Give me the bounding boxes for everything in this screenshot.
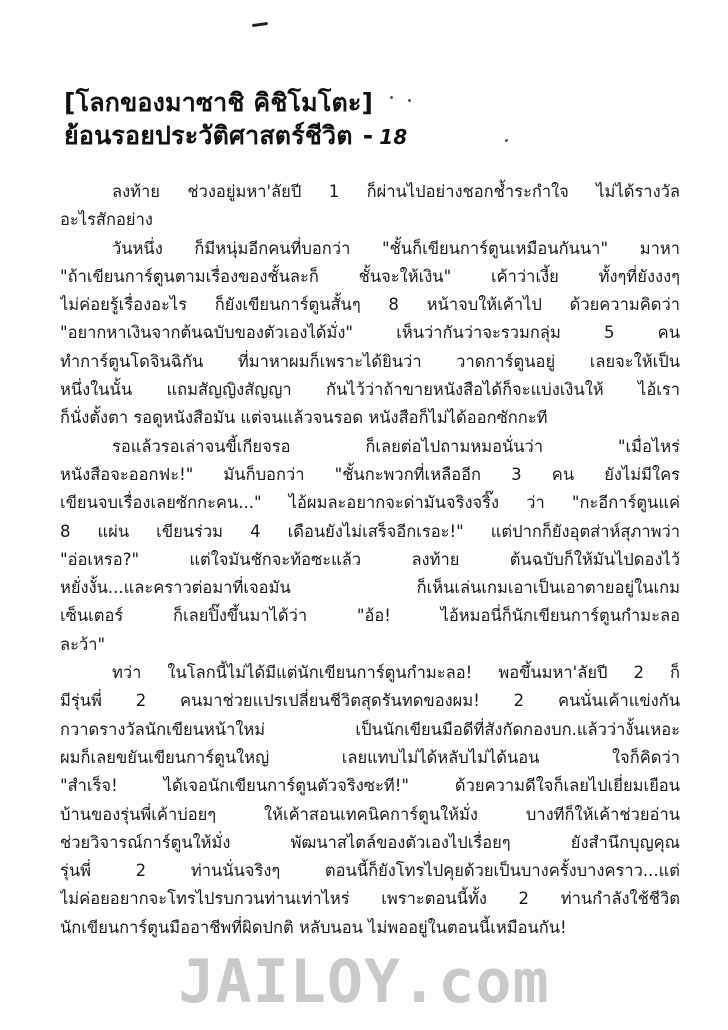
scan-speck bbox=[390, 96, 393, 99]
article-title: [โลกของมาซาชิ คิชิโมโตะ] ย้อนรอยประวัติศ… bbox=[64, 86, 664, 154]
text-line: ทว่า ในโลกนี้ไม่ได้มีแต่นักเขียนการ์ตูนก… bbox=[60, 659, 680, 687]
text-line: "อ่อเหรอ?" แต่ใจมันชักจะท้อซะแล้ว ลงท้าย… bbox=[60, 546, 680, 574]
text-line: ช่วยวิจารณ์การ์ตูนให้มั่ง พัฒนาสไตล์ของต… bbox=[60, 829, 680, 857]
text-line: "ถ้าเขียนการ์ตูนตามเรื่องของชั้นละก็ ชั้… bbox=[60, 263, 680, 291]
text-line: ทำการ์ตูนโดจินฉิกัน ที่มาหาผมก็เพราะได้ย… bbox=[60, 348, 680, 376]
title-chapter-name: ย้อนรอยประวัติศาสตร์ชีวิต bbox=[64, 121, 353, 150]
paragraph: ลงท้าย ช่วงอยู่มหา'ลัยปี 1 ก็ผ่านไปอย่าง… bbox=[60, 178, 680, 235]
text-line: ก็นั่งตั้งตา รอดูหนังสือมัน แต่จนแล้วจนร… bbox=[60, 404, 680, 432]
title-chapter-line: ย้อนรอยประวัติศาสตร์ชีวิต-18 bbox=[64, 119, 664, 154]
paragraph: รอแล้วรอเล่าจนขี้เกียจรอ ก็เลยต่อไปถามหม… bbox=[60, 433, 680, 659]
text-line: ไม่ค่อยอยากจะโทรไปรบกวนท่านเท่าไหร่ เพรา… bbox=[60, 885, 680, 913]
text-line: หนึ่งในนั้น แถมสัญญิงสัญญา กันไว้ว่าถ้าข… bbox=[60, 376, 680, 404]
text-line: เซ็นเตอร์ ก็เลยปิ๊งขึ้นมาได้ว่า "อ้อ! ไอ… bbox=[60, 602, 680, 630]
text-line: รอแล้วรอเล่าจนขี้เกียจรอ ก็เลยต่อไปถามหม… bbox=[60, 433, 680, 461]
scan-speck bbox=[408, 99, 411, 102]
text-line: อะไรสักอย่าง bbox=[60, 206, 680, 234]
text-line: ละว้า" bbox=[60, 631, 680, 659]
paragraph: วันหนึ่ง ก็มีหนุ่มอีกคนที่บอกว่า "ชั้นก็… bbox=[60, 235, 680, 433]
scanned-page: [โลกของมาซาชิ คิชิโมโตะ] ย้อนรอยประวัติศ… bbox=[0, 0, 728, 1030]
site-watermark: JAILOY.com bbox=[0, 952, 728, 1012]
text-line: หนังสือจะออกฟะ!" มันก็บอกว่า "ชั้นกะพวกท… bbox=[60, 461, 680, 489]
text-line: บ้านของรุ่นพี่เค้าบ่อยๆ ให้เค้าสอนเทคนิค… bbox=[60, 801, 680, 829]
text-line: รุ่นพี่ 2 ท่านนั่นจริงๆ ตอนนี้ก็ยังโทรไป… bbox=[60, 857, 680, 885]
text-line: นักเขียนการ์ตูนมืออาชีพที่ผิดปกติ หลับนอ… bbox=[60, 914, 680, 942]
text-line: "อยากหาเงินจากต้นฉบับของตัวเองได้มั่ง" เ… bbox=[60, 319, 680, 347]
title-series-name: [โลกของมาซาชิ คิชิโมโตะ] bbox=[64, 86, 664, 119]
text-line: ไม่ค่อยรู้เรื่องอะไร ก็ยังเขียนการ์ตูนสั… bbox=[60, 291, 680, 319]
text-line: เขียนจบเรื่องเลยซักกะคน..." ไอ้ผมละอยากจ… bbox=[60, 489, 680, 517]
paragraph: ทว่า ในโลกนี้ไม่ได้มีแต่นักเขียนการ์ตูนก… bbox=[60, 659, 680, 942]
text-line: หยั่งงั้น...และคราวต่อมาที่เจอมัน ก็เห็น… bbox=[60, 574, 680, 602]
scan-artifact-mark bbox=[252, 22, 268, 27]
text-line: มีรุ่นพี่ 2 คนมาช่วยแปรเปลี่ยนชีวิตสุดรั… bbox=[60, 687, 680, 715]
article-body: ลงท้าย ช่วงอยู่มหา'ลัยปี 1 ก็ผ่านไปอย่าง… bbox=[60, 178, 680, 942]
title-part-number: 18 bbox=[379, 125, 407, 149]
title-separator: - bbox=[363, 121, 374, 150]
text-line: ลงท้าย ช่วงอยู่มหา'ลัยปี 1 ก็ผ่านไปอย่าง… bbox=[60, 178, 680, 206]
text-line: กวาดรางวัลนักเขียนหน้าใหม่ เป็นนักเขียนม… bbox=[60, 716, 680, 744]
text-line: 8 แผ่น เขียนร่วม 4 เดือนยังไม่เสร็จอีกเร… bbox=[60, 518, 680, 546]
scan-speck bbox=[505, 139, 508, 142]
text-line: ผมก็เลยขยันเขียนการ์ตูนใหญ่ เลยแทบไม่ได้… bbox=[60, 744, 680, 772]
text-line: "สำเร็จ! ได้เจอนักเขียนการ์ตูนตัวจริงซะท… bbox=[60, 772, 680, 800]
text-line: วันหนึ่ง ก็มีหนุ่มอีกคนที่บอกว่า "ชั้นก็… bbox=[60, 235, 680, 263]
